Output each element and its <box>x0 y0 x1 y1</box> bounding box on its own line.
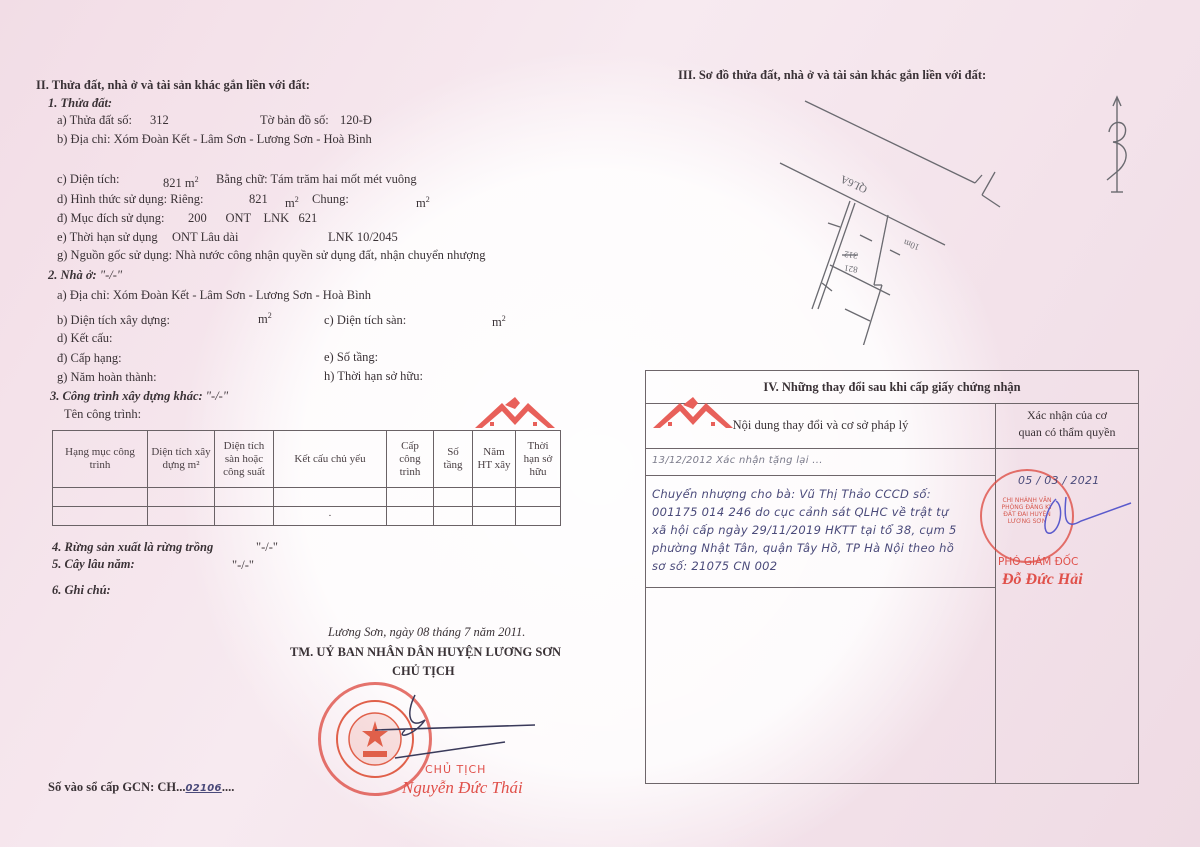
change-entry-2-line: Chuyển nhượng cho bà: Vũ Thị Thảo CCCD s… <box>652 487 931 501</box>
house-build-area-unit: m2 <box>258 308 272 327</box>
parcel-number-label: a) Thửa đất số: <box>57 113 132 128</box>
confirm-title: PHÓ GIÁM ĐỐC <box>998 556 1078 568</box>
house-year: g) Năm hoàn thành: <box>57 370 157 385</box>
house-heading: 2. Nhà ở: "-/-" <box>48 268 122 283</box>
house-logo-icon <box>470 395 560 431</box>
col-header: Năm HT xây <box>473 431 516 488</box>
table-cell <box>434 488 473 507</box>
perennial-label: 5. Cây lâu năm: <box>52 557 135 572</box>
confirm-signature <box>1026 491 1136 551</box>
perennial-value: "-/-" <box>232 558 254 573</box>
confirm-signer: Đỗ Đức Hải <box>1002 571 1083 589</box>
table-cell <box>434 507 473 526</box>
notes-label: 6. Ghi chú: <box>52 583 111 598</box>
land-address: b) Địa chỉ: Xóm Đoàn Kết - Lâm Sơn - Lươ… <box>57 132 372 147</box>
usage-shared-unit: m2 <box>416 192 430 211</box>
confirm-date: 05 / 03 / 2021 <box>1018 474 1100 487</box>
col-header: Thời hạn sở hữu <box>516 431 561 488</box>
col-confirm-line: Xác nhận của cơ <box>996 407 1138 424</box>
col-header: Hạng mục công trình <box>53 431 148 488</box>
row-divider <box>646 475 995 476</box>
col-confirm-header: Xác nhận của cơ quan có thẩm quyền <box>996 407 1138 441</box>
forest-value: "-/-" <box>256 540 278 555</box>
area-value: 821 m2 <box>163 172 199 191</box>
works-name-label: Tên công trình: <box>64 407 141 422</box>
table-cell <box>473 507 516 526</box>
table-cell <box>53 488 148 507</box>
usage-shared-label: Chung: <box>312 192 349 207</box>
chairman-signature <box>355 690 555 770</box>
north-arrow-icon <box>1095 92 1145 197</box>
column-divider <box>995 403 996 783</box>
table-cell <box>387 488 434 507</box>
house-logo-icon <box>648 395 738 431</box>
section-3-heading: III. Sơ đồ thửa đất, nhà ở và tài sản kh… <box>678 68 986 83</box>
parcel-number-value: 312 <box>150 113 169 128</box>
purpose-label: đ) Mục đích sử dụng: <box>57 211 164 226</box>
table-cell <box>148 488 215 507</box>
parcel-area-map: 821 <box>844 263 859 275</box>
house-floors: e) Số tầng: <box>324 350 378 365</box>
chairman-title: CHỦ TỊCH <box>392 664 455 679</box>
width-label: 10m <box>902 238 920 253</box>
house-grade: đ) Cấp hạng: <box>57 351 122 366</box>
table-cell <box>473 488 516 507</box>
road-label: QL6A <box>839 172 870 195</box>
change-entry-2-line: sơ số: 21075 CN 002 <box>652 559 777 573</box>
table-cell: · <box>274 507 387 526</box>
other-works-heading: 3. Công trình xây dựng khác: "-/-" <box>50 389 228 404</box>
table-cell <box>215 507 274 526</box>
table-cell <box>215 488 274 507</box>
term-ont: ONT Lâu dài <box>172 230 238 245</box>
table-row: · <box>53 507 561 526</box>
row-divider <box>646 587 995 588</box>
stamp-chairman-title: CHỦ TỊCH <box>425 763 486 776</box>
col-header: Diện tích xây dựng m² <box>148 431 215 488</box>
house-address: a) Địa chỉ: Xóm Đoàn Kết - Lâm Sơn - Lươ… <box>57 288 371 303</box>
house-floor-area: c) Diện tích sàn: <box>324 313 406 328</box>
col-header: Diện tích sàn hoặc công suất <box>215 431 274 488</box>
chairman-name: Nguyễn Đức Thái <box>402 778 523 798</box>
house-build-area: b) Diện tích xây dựng: <box>57 313 170 328</box>
area-words: Bằng chữ: Tám trăm hai mốt mét vuông <box>216 172 417 187</box>
table-cell <box>387 507 434 526</box>
col-confirm-line: quan có thẩm quyền <box>996 424 1138 441</box>
map-sheet-value: 120-Đ <box>340 113 372 128</box>
certificate-number: Số vào sổ cấp GCN: CH...02106.... <box>48 780 234 796</box>
map-sheet-label: Tờ bản đồ số: <box>260 113 329 128</box>
place-date: Lương Sơn, ngày 08 tháng 7 năm 2011. <box>328 625 525 640</box>
term-lnk: LNK 10/2045 <box>328 230 398 245</box>
table-cell <box>274 488 387 507</box>
house-ownership-term: h) Thời hạn sở hữu: <box>324 369 423 384</box>
col-header: Số tầng <box>434 431 473 488</box>
purpose-value: 200 ONT LNK 621 <box>188 211 317 226</box>
row-divider <box>646 448 1138 449</box>
change-entry-2-line: 001175 014 246 do cục cảnh sát QLHC về t… <box>652 505 949 519</box>
land-origin: g) Nguồn gốc sử dụng: Nhà nước công nhận… <box>57 248 485 263</box>
land-heading: 1. Thửa đất: <box>48 96 112 111</box>
house-floor-area-unit: m2 <box>492 311 506 330</box>
change-entry-2-line: phường Nhật Tân, quận Tây Hồ, TP Hà Nội … <box>652 541 954 555</box>
usage-private-value: 821 <box>249 192 268 207</box>
change-entry-2-line: xã hội cấp ngày 29/11/2019 HKTT tại tổ 3… <box>652 523 957 537</box>
parcel-number-map: 312 <box>844 249 859 261</box>
col-header: Kết cấu chủ yếu <box>274 431 387 488</box>
other-works-table: Hạng mục công trình Diện tích xây dựng m… <box>52 430 561 526</box>
table-row <box>53 488 561 507</box>
change-entry-1: 13/12/2012 Xác nhận tặng lại ... <box>652 455 823 466</box>
table-cell <box>516 488 561 507</box>
table-cell <box>148 507 215 526</box>
house-structure: d) Kết cấu: <box>57 331 113 346</box>
table-header-row: Hạng mục công trình Diện tích xây dựng m… <box>53 431 561 488</box>
area-label: c) Diện tích: <box>57 172 119 187</box>
table-cell <box>516 507 561 526</box>
usage-private-unit: m2 <box>285 192 299 211</box>
forest-label: 4. Rừng sản xuất là rừng trồng <box>52 540 213 555</box>
table-cell <box>53 507 148 526</box>
col-header: Cấp công trình <box>387 431 434 488</box>
changes-table: IV. Những thay đổi sau khi cấp giấy chứn… <box>645 370 1139 784</box>
section-2-heading: II. Thửa đất, nhà ở và tài sản khác gắn … <box>36 78 310 93</box>
issuing-org: TM. UỶ BAN NHÂN DÂN HUYỆN LƯƠNG SƠN <box>290 645 561 660</box>
term-label: e) Thời hạn sử dụng <box>57 230 158 245</box>
usage-form-label: d) Hình thức sử dụng: Riêng: <box>57 192 204 207</box>
